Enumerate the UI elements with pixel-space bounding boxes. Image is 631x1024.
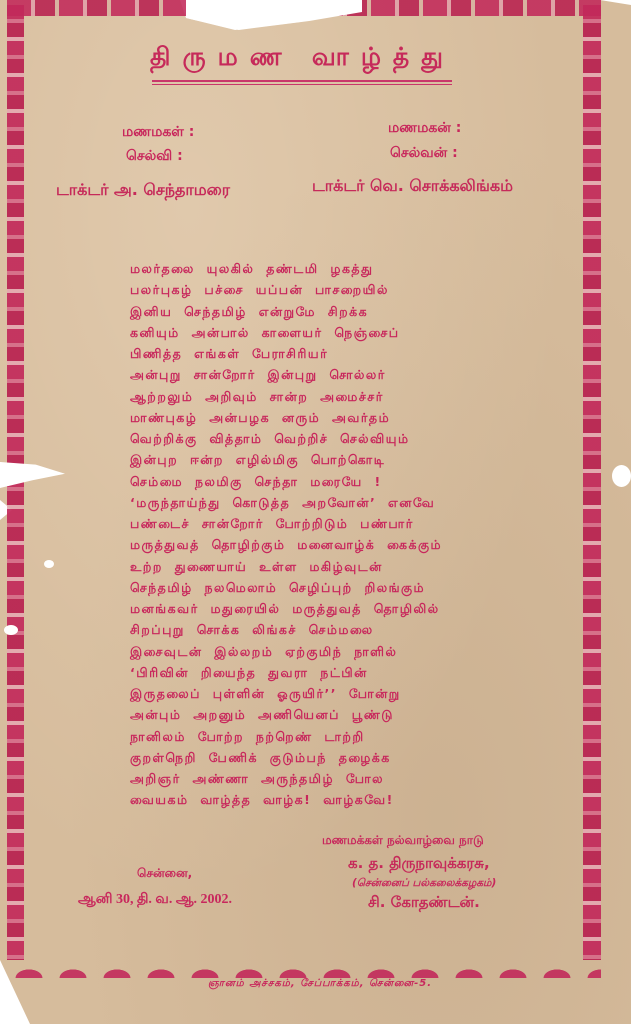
poem-line: குறள்நெறி பேணிக் குடும்பந் தழைக்க	[130, 747, 490, 768]
bride-name: டாக்டர் அ. செந்தாமரை	[56, 180, 230, 201]
document-title: திருமண வாழ்த்து	[150, 44, 455, 75]
poem-line: சிறப்புறு சொக்க லிங்கச் செம்மலை	[130, 619, 490, 640]
poem-line: அறிஞர் அண்ணா அருந்தமிழ் போல	[130, 768, 490, 789]
groom-name: டாக்டர் வெ. சொக்கலிங்கம்	[312, 176, 513, 197]
poem-line: இன்புற ஈன்ற எழில்மிகு பொற்கொடி	[130, 449, 490, 470]
signatory-1-affiliation: (சென்னைப் பல்கலைக்கழகம்)	[352, 877, 496, 890]
poem-line: மாண்புகழ் அன்பழக னரும் அவர்தம்	[130, 407, 490, 428]
ornamental-border-right	[583, 5, 601, 960]
paper-hole	[612, 465, 631, 487]
poem-line: மலர்தலை யுலகில் தண்டமி ழகத்து	[130, 258, 490, 279]
paper-hole	[44, 560, 54, 568]
poem-line: ஆற்றலும் அறிவும் சான்ற அமைச்சர்	[130, 386, 490, 407]
poem-line: பிணித்த எங்கள் பேராசிரியர்	[130, 343, 490, 364]
title-underline	[152, 80, 452, 82]
poem-line: அன்பும் அறனும் அணியெனப் பூண்டு	[130, 704, 490, 725]
closing-greeting: மணமக்கள் நல்வாழ்வை நாடு	[322, 833, 484, 849]
groom-honorific-label: செல்வன் :	[390, 145, 458, 163]
poem-line: செம்மை நலமிகு செந்தா மரையே !	[130, 471, 490, 492]
place: சென்னை,	[137, 866, 192, 882]
signatory-1: க. த. திருநாவுக்கரசு,	[348, 854, 490, 874]
ornamental-border-bottom	[7, 950, 601, 978]
poem-line: உற்ற துணையாய் உள்ள மகிழ்வுடன்	[130, 556, 490, 577]
poem-line: பண்டைச் சான்றோர் போற்றிடும் பண்பார்	[130, 513, 490, 534]
poem-line: வெற்றிக்கு வித்தாம் வெற்றிச் செல்வியும்	[130, 428, 490, 449]
poem-line: ‘பிரிவின் றியைந்த துவரா நட்பின்	[130, 662, 490, 683]
blessing-poem: மலர்தலை யுலகில் தண்டமி ழகத்து பலர்புகழ் …	[130, 258, 490, 811]
poem-line: செந்தமிழ் நலமெலாம் செழிப்புற் றிலங்கும்	[130, 577, 490, 598]
signatory-2: சி. கோதண்டன்.	[368, 893, 480, 913]
poem-line: நானிலம் போற்ற நற்றெண் டாற்றி	[130, 726, 490, 747]
poem-line: அன்புறு சான்றோர் இன்புறு சொல்லர்	[130, 364, 490, 385]
poem-line: இனிய செந்தமிழ் என்றுமே சிறக்க	[130, 301, 490, 322]
title-underline-secondary	[152, 84, 452, 85]
printer-imprint: ஞானம் அச்சகம், சேப்பாக்கம், சென்னை-5.	[208, 978, 432, 990]
date: ஆனி 30, தி. வ. ஆ. 2002.	[78, 892, 232, 909]
poem-line: வையகம் வாழ்த்த வாழ்க! வாழ்கவே!	[130, 789, 490, 810]
poem-line: மனங்கவர் மதுரையில் மருத்துவத் தொழிலில்	[130, 598, 490, 619]
poem-line: ‘மருந்தாய்ந்து கொடுத்த அறவோன்’ எனவே	[130, 492, 490, 513]
poem-line: கனியும் அன்பால் காளையர் நெஞ்சைப்	[130, 322, 490, 343]
poem-line: மருத்துவத் தொழிற்கும் மனைவாழ்க் கைக்கும்	[130, 534, 490, 555]
bride-role-label: மணமகள் :	[122, 124, 194, 142]
groom-role-label: மணமகன் :	[388, 120, 461, 138]
paper-hole	[4, 625, 18, 635]
bride-honorific-label: செல்வி :	[126, 148, 183, 166]
poem-line: பலர்புகழ் பச்சை யப்பன் பாசறையில்	[130, 279, 490, 300]
poem-line: இசைவுடன் இல்லறம் ஏற்குமிந் நாளில்	[130, 641, 490, 662]
poem-line: இருதலைப் புள்ளின் ஓருயிர்’’ போன்று	[130, 683, 490, 704]
